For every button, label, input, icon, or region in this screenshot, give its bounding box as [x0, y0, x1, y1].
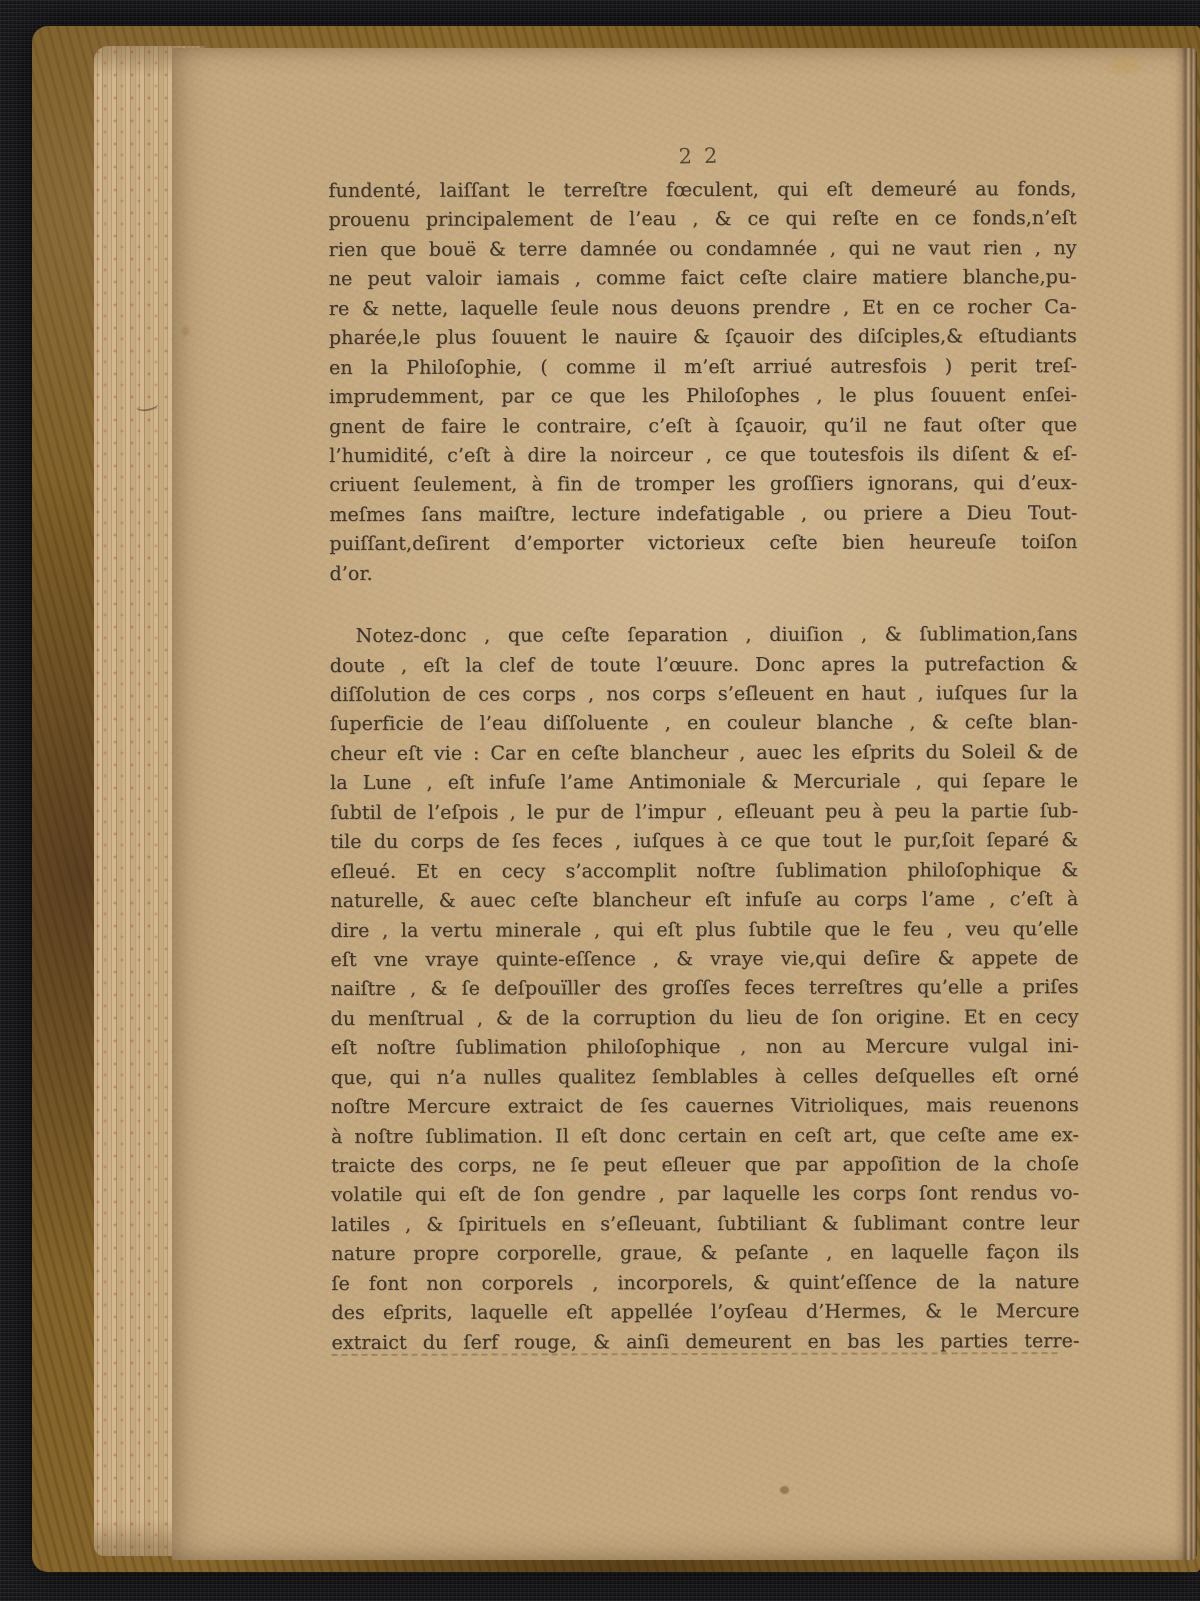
text-line: imprudemment, par ce que les Philoſophes…: [329, 381, 1077, 412]
text-line: diſſolution de ces corps , nos corps s’e…: [330, 679, 1078, 710]
text-block: fundenté, laiſſant le terreſtre fœculent…: [328, 175, 1079, 1356]
text-line: du menſtrual , & de la corruption du lie…: [331, 1003, 1079, 1034]
text-line: noſtre Mercure extraict de ſes cauernes …: [331, 1091, 1079, 1122]
text-line: d’or.: [329, 558, 1077, 589]
text-line: doute , eſt la clef de toute l’œuure. Do…: [330, 650, 1078, 681]
text-line: ne peut valoir iamais , comme faict ceſt…: [329, 263, 1077, 294]
text-line: re & nette, laquelle ſeule nous deuons p…: [329, 293, 1077, 324]
text-line: ſe font non corporels , incorporels, & q…: [331, 1268, 1079, 1299]
paragraph: Notez-donc , que ceſte ſeparation , diui…: [330, 620, 1080, 1358]
text-line: eſt vne vraye quinte-eſſence , & vraye v…: [330, 944, 1078, 975]
text-line: l’humidité, c’eſt à dire la noirceur , c…: [329, 440, 1077, 471]
page-number: 22: [330, 137, 1078, 174]
text-line: que, qui n’a nulles qualitez ſemblables …: [331, 1062, 1079, 1093]
text-line: pharée,le plus ſouuent le nauire & ſçauo…: [329, 322, 1077, 353]
text-line: tile du corps de ſes feces , iuſques à c…: [330, 826, 1078, 857]
text-line: Notez-donc , que ceſte ſeparation , diui…: [330, 620, 1078, 651]
text-line: en la Philoſophie, ( comme il m’eſt arri…: [329, 352, 1077, 383]
book: 22 fundenté, laiſſant le terreſtre fœcul…: [32, 26, 1200, 1572]
stain-spot: [1110, 56, 1140, 74]
text-line: traicte des corps, ne ſe peut eſleuer qu…: [331, 1150, 1079, 1181]
text-line: ſuperficie de l’eau diſſoluente , en cou…: [330, 708, 1078, 739]
text-line: puiſſant,deſirent d’emporter victorieux …: [329, 528, 1077, 559]
text-line: extraict du ſerf rouge, & ainſi demeuren…: [331, 1327, 1079, 1358]
text-line: ſubtil de l’eſpois , le pur de l’impur ,…: [330, 797, 1078, 828]
text-line: criuent ſeulement, à fin de tromper les …: [329, 469, 1077, 500]
text-line: gnent de faire le contraire, c’eſt à ſça…: [329, 411, 1077, 442]
text-line: latiles , & ſpirituels en s’eſleuant, ſu…: [331, 1209, 1079, 1240]
text-line: fundenté, laiſſant le terreſtre fœculent…: [328, 175, 1076, 206]
text-line: la Lune , eſt infuſe l’ame Antimoniale &…: [330, 767, 1078, 798]
text-line: dire , la vertu minerale , qui eſt plus …: [330, 915, 1078, 946]
text-line: naturelle, & auec ceſte blancheur eſt in…: [330, 885, 1078, 916]
paragraph: fundenté, laiſſant le terreſtre fœculent…: [328, 175, 1077, 589]
page-right-edge: [1175, 48, 1197, 1560]
text-line: naiſtre , & ſe deſpouïller des groſſes f…: [331, 973, 1079, 1004]
text-line: cheur eſt vie : Car en ceſte blancheur ,…: [330, 738, 1078, 769]
text-line: volatile qui eſt de ſon gendre , par laq…: [331, 1179, 1079, 1210]
text-line: à noſtre ſublimation. Il eſt donc certai…: [331, 1121, 1079, 1152]
book-page: 22 fundenté, laiſſant le terreſtre fœcul…: [172, 48, 1197, 1560]
text-line: eſt noſtre ſublimation philoſophique , n…: [331, 1032, 1079, 1063]
text-line: rien que bouë & terre damnée ou condamné…: [329, 234, 1077, 265]
text-line: prouenu principalement de l’eau , & ce q…: [329, 204, 1077, 235]
text-line: eſleué. Et en cecy s’accomplit noſtre ſu…: [330, 856, 1078, 887]
stain-spot: [780, 1486, 789, 1494]
paragraphs-container: fundenté, laiſſant le terreſtre fœculent…: [328, 175, 1079, 1358]
text-line: nature propre corporelle, graue, & peſan…: [331, 1238, 1079, 1269]
photo-background: { "document": { "page_number": "22", "pa…: [0, 0, 1200, 1601]
text-line: des eſprits, laquelle eſt appellée l’oyſ…: [331, 1297, 1079, 1328]
stain-spot: [182, 326, 189, 336]
text-line: meſmes ſans maiſtre, lecture indefatigab…: [329, 499, 1077, 530]
